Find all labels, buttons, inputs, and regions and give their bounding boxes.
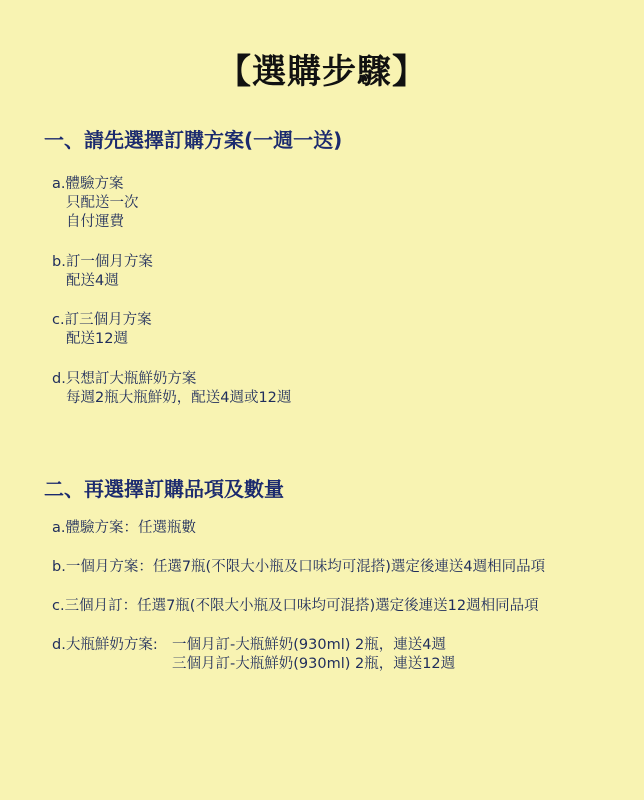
quantity-d-line-1: 一個月訂-大瓶鮮奶(930ml) 2瓶，連送4週 — [172, 633, 446, 654]
quantity-d-label: d.大瓶鮮奶方案: — [52, 633, 158, 654]
page-title: 【選購步驟】 — [0, 44, 644, 93]
quantity-d-line-2: 三個月訂-大瓶鮮奶(930ml) 2瓶，連送12週 — [172, 652, 455, 673]
plan-a-label: a.體驗方案 — [52, 172, 124, 193]
quantity-b: b.一個月方案：任選7瓶(不限大小瓶及口味均可混搭)選定後連送4週相同品項 — [52, 555, 545, 576]
plan-d-label: d.只想訂大瓶鮮奶方案 — [52, 367, 196, 388]
plan-c-detail-1: 配送12週 — [66, 327, 128, 348]
plan-a-detail-1: 只配送一次 — [66, 191, 139, 212]
plan-d-detail-1: 每週2瓶大瓶鮮奶，配送4週或12週 — [66, 386, 291, 407]
section-1-heading: 一、請先選擇訂購方案(一週一送) — [44, 124, 342, 153]
plan-b-detail-1: 配送4週 — [66, 269, 119, 290]
section-2-heading: 二、再選擇訂購品項及數量 — [44, 473, 284, 502]
plan-c-label: c.訂三個月方案 — [52, 308, 152, 329]
plan-a-detail-2: 自付運費 — [66, 210, 124, 231]
quantity-a: a.體驗方案：任選瓶數 — [52, 516, 196, 537]
quantity-c: c.三個月訂：任選7瓶(不限大小瓶及口味均可混搭)選定後連送12週相同品項 — [52, 594, 539, 615]
plan-b-label: b.訂一個月方案 — [52, 250, 153, 271]
